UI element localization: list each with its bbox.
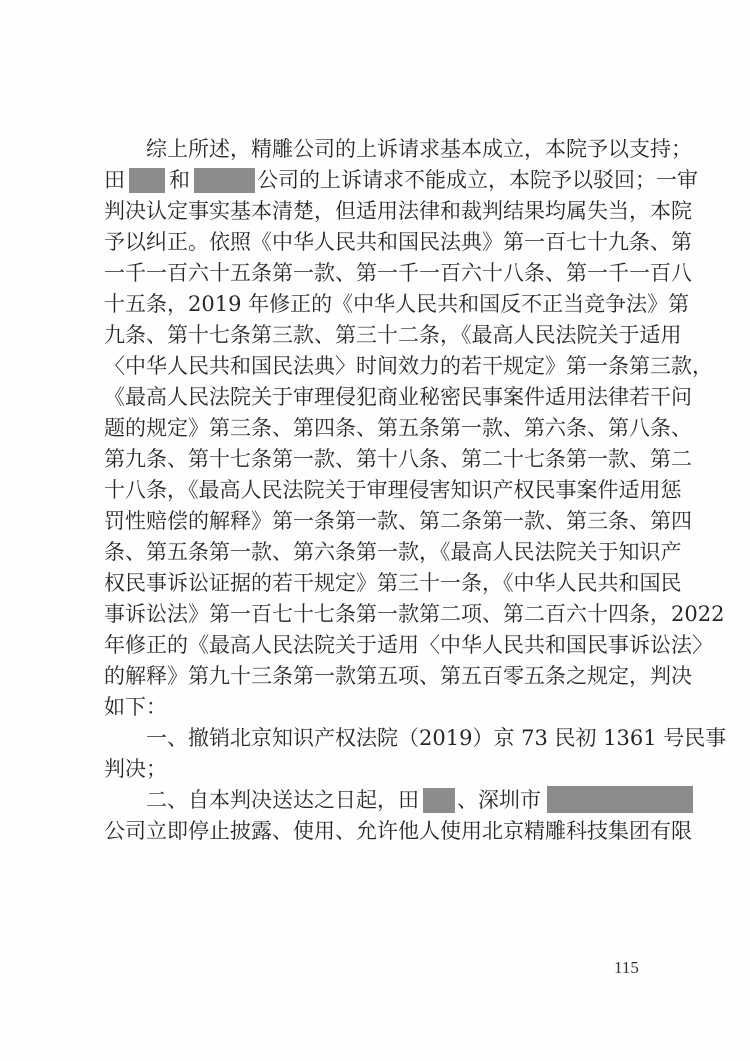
text-line: 题的规定》第三条、第四条、第五条第一款、第六条、第八条、 [104,413,650,444]
text-line: 事诉讼法》第一百七十七条第一款第二项、第二百六十四条，2022 [104,599,650,630]
page-number: 115 [614,958,639,978]
redaction-box [194,168,255,193]
text-line: 罚性赔偿的解释》第一条第一款、第二条第一款、第三条、第四 [104,506,650,537]
text-line: 《最高人民法院关于审理侵犯商业秘密民事案件适用法律若干问 [104,382,650,413]
text-line: 一、撤销北京知识产权法院（2019）京 73 民初 1361 号民事 [104,723,650,754]
text-line: 年修正的《最高人民法院关于适用〈中华人民共和国民事诉讼法〉 [104,630,650,661]
document-page: 综上所述，精雕公司的上诉请求基本成立，本院予以支持； 田和公司的上诉请求不能成立… [0,0,750,1061]
text-span: 、深圳市 [457,788,541,812]
text-span: 二、自本判决送达之日起，田 [146,788,419,812]
text-line: 的解释》第九十三条第一款第五项、第五百零五条之规定，判决 [104,661,650,692]
text-line: 权民事诉讼证据的若干规定》第三十一条，《中华人民共和国民 [104,568,650,599]
text-line: 第九条、第十七条第一款、第十八条、第二十七条第一款、第二 [104,444,650,475]
text-line: 十五条，2019 年修正的《中华人民共和国反不正当竞争法》第 [104,289,650,320]
text-line: 予以纠正。依照《中华人民共和国民法典》第一百七十九条、第 [104,227,650,258]
text-line: 田和公司的上诉请求不能成立，本院予以驳回；一审 [104,165,650,196]
text-line: 一千一百六十五条第一款、第一千一百六十八条、第一千一百八 [104,258,650,289]
text-span: 田 [104,168,125,192]
redaction-box [423,788,455,813]
text-line: 十八条，《最高人民法院关于审理侵害知识产权民事案件适用惩 [104,475,650,506]
redaction-box [547,786,693,813]
text-line: 综上所述，精雕公司的上诉请求基本成立，本院予以支持； [104,134,650,165]
judgment-body-text: 综上所述，精雕公司的上诉请求基本成立，本院予以支持； 田和公司的上诉请求不能成立… [104,134,650,847]
text-line: 二、自本判决送达之日起，田、深圳市 [104,785,650,816]
text-line: 条、第五条第一款、第六条第一款，《最高人民法院关于知识产 [104,537,650,568]
redaction-box [129,168,165,193]
text-span: 公司的上诉请求不能成立，本院予以驳回；一审 [257,168,698,192]
text-span: 和 [169,168,190,192]
text-line: 九条、第十七条第三款、第三十二条，《最高人民法院关于适用 [104,320,650,351]
text-line: 判决认定事实基本清楚，但适用法律和裁判结果均属失当，本院 [104,196,650,227]
text-line: 判决； [104,754,650,785]
text-line: 〈中华人民共和国民法典〉时间效力的若干规定》第一条第三款， [104,351,650,382]
text-line: 如下： [104,692,650,723]
text-line: 公司立即停止披露、使用、允许他人使用北京精雕科技集团有限 [104,816,650,847]
